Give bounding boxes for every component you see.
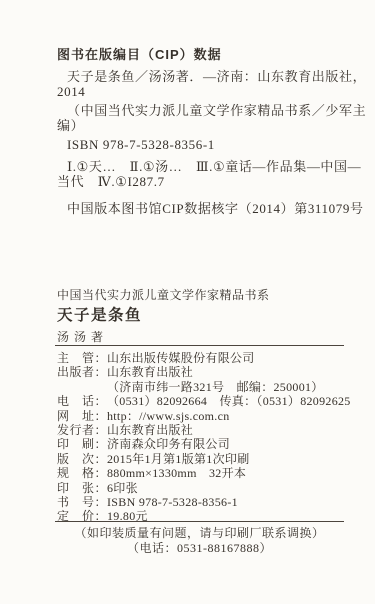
cip-entry-line2: 2014: [57, 84, 349, 99]
pub-value: （0531）82092664 传真：（0531）82092625: [107, 394, 357, 408]
pub-value: 880mm×1330mm 32开本: [107, 466, 357, 480]
pub-label: 主 管：: [57, 351, 107, 365]
cip-entry-line1: 天子是条鱼／汤汤著．—济南：山东教育出版社，: [57, 69, 349, 84]
pub-label: 印 张：: [57, 481, 107, 495]
cip-isbn: ISBN 978-7-5328-8356-1: [57, 137, 349, 152]
title-block: 中国当代实力派儿童文学作家精品书系 天子是条鱼 汤 汤 著: [57, 288, 349, 345]
pub-label: 网 址：: [57, 409, 107, 423]
cip-block: 图书在版编目（CIP）数据 天子是条鱼／汤汤著．—济南：山东教育出版社， 201…: [57, 46, 349, 216]
pub-value: 6印张: [107, 481, 357, 495]
pub-row-website: 网 址： http：//www.sjs.com.cn: [57, 409, 357, 423]
pub-row-supervisor: 主 管： 山东出版传媒股份有限公司: [57, 351, 357, 365]
author-name: 汤 汤 著: [57, 330, 349, 345]
pub-row-publisher-address: （济南市纬一路321号 邮编：250001）: [57, 380, 357, 394]
book-colophon-page: 图书在版编目（CIP）数据 天子是条鱼／汤汤著．—济南：山东教育出版社， 201…: [0, 0, 375, 604]
cip-series-line1: （中国当代实力派儿童文学作家精品书系／少军主: [57, 103, 349, 118]
pub-label: 电 话：: [57, 394, 107, 408]
quality-note-phone: （电话：0531-88167888）: [55, 541, 344, 556]
pub-label: 书 号：: [57, 495, 107, 509]
pub-value: 济南森众印务有限公司: [107, 437, 357, 451]
pub-label: 规 格：: [57, 466, 107, 480]
pub-value: http：//www.sjs.com.cn: [107, 409, 357, 423]
divider-top: [55, 345, 344, 346]
series-name: 中国当代实力派儿童文学作家精品书系: [57, 288, 349, 303]
pub-row-edition: 版 次： 2015年1月第1版第1次印刷: [57, 452, 357, 466]
pub-row-sheets: 印 张： 6印张: [57, 481, 357, 495]
pub-row-publisher: 出版者： 山东教育出版社: [57, 365, 357, 379]
pub-value: （济南市纬一路321号 邮编：250001）: [107, 380, 357, 394]
pub-row-isbn: 书 号： ISBN 978-7-5328-8356-1: [57, 495, 357, 509]
pub-label: 印 刷：: [57, 437, 107, 451]
pub-value: 山东教育出版社: [107, 365, 357, 379]
pub-value: 山东教育出版社: [107, 423, 357, 437]
cip-record-number: 中国版本图书馆CIP数据核字（2014）第311079号: [57, 201, 349, 216]
quality-notes: （如印装质量有问题，请与印刷厂联系调换） （电话：0531-88167888）: [55, 526, 344, 556]
pub-label: [57, 380, 107, 394]
pub-label: 发行者：: [57, 423, 107, 437]
pub-value: 2015年1月第1版第1次印刷: [107, 452, 357, 466]
quality-note-text: （如印装质量有问题，请与印刷厂联系调换）: [55, 526, 344, 541]
pub-row-distributor: 发行者： 山东教育出版社: [57, 423, 357, 437]
book-title: 天子是条鱼: [57, 304, 349, 327]
cip-classification-line2: 当代 Ⅳ.①I287.7: [57, 174, 349, 189]
pub-label: 版 次：: [57, 452, 107, 466]
pub-label: 出版者：: [57, 365, 107, 379]
publication-info-list: 主 管： 山东出版传媒股份有限公司 出版者： 山东教育出版社 （济南市纬一路32…: [57, 351, 357, 524]
pub-row-format: 规 格： 880mm×1330mm 32开本: [57, 466, 357, 480]
divider-bottom: [55, 521, 344, 522]
pub-row-printer: 印 刷： 济南森众印务有限公司: [57, 437, 357, 451]
cip-series-line2: 编）: [57, 118, 349, 133]
cip-heading: 图书在版编目（CIP）数据: [57, 46, 349, 63]
pub-value: ISBN 978-7-5328-8356-1: [107, 495, 357, 509]
pub-value: 山东出版传媒股份有限公司: [107, 351, 357, 365]
cip-classification-line1: Ⅰ.①天… Ⅱ.①汤… Ⅲ.①童话—作品集—中国—: [57, 159, 349, 174]
pub-row-telephone: 电 话： （0531）82092664 传真：（0531）82092625: [57, 394, 357, 408]
